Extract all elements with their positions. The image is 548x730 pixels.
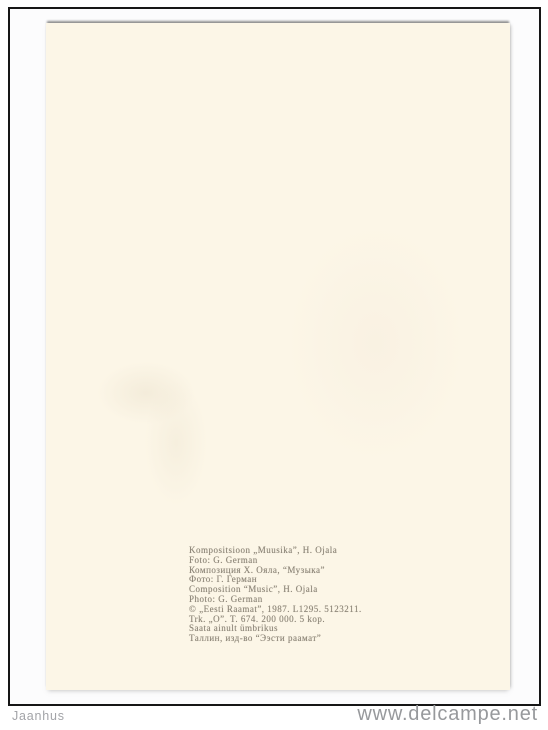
postcard-imprint-block: Kompositsioon „Muusika”, H. Ojala Foto: … (189, 546, 362, 644)
scan-frame: Kompositsioon „Muusika”, H. Ojala Foto: … (8, 7, 541, 706)
watermark-site-url: www.delcampe.net (357, 703, 538, 726)
watermark-seller-name: Jaanhus (12, 709, 65, 723)
postcard-back-scan: Kompositsioon „Muusika”, H. Ojala Foto: … (46, 23, 510, 690)
imprint-line-publisher: Таллин, изд-во “Ээсти раамат” (189, 634, 362, 644)
